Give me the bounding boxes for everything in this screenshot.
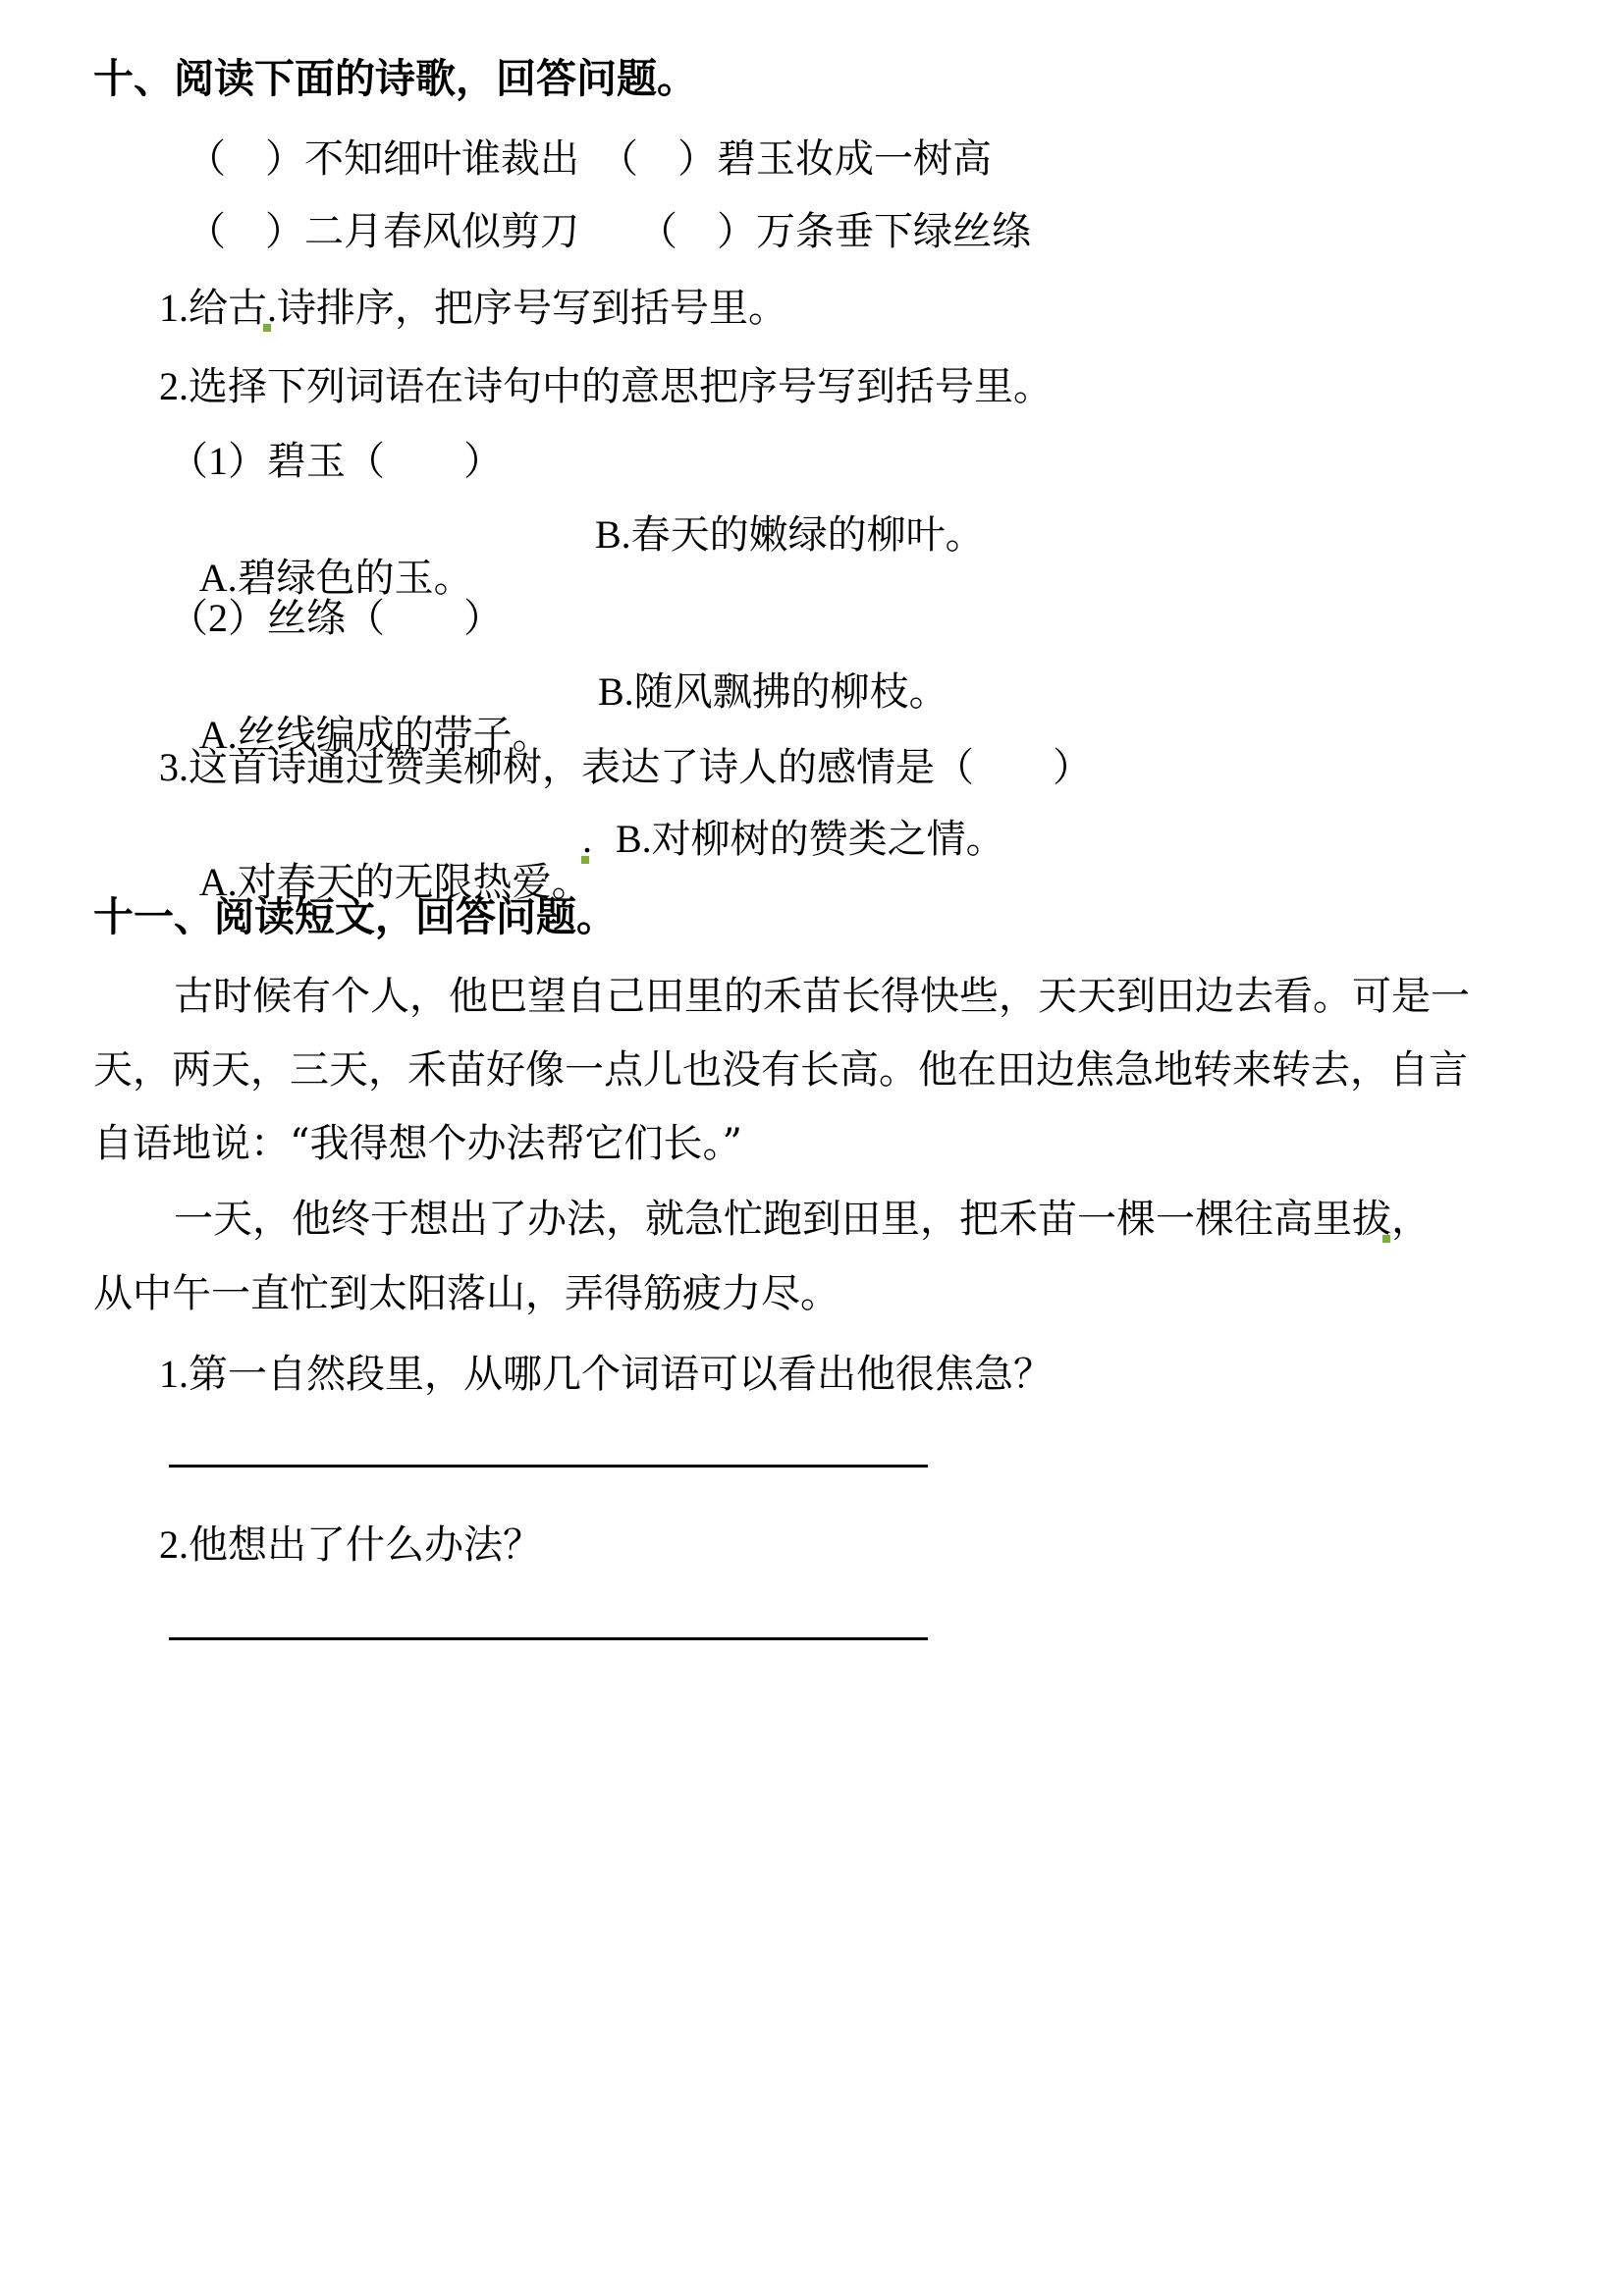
passage-line-2: 天，两天，三天，禾苗好像一点儿也没有长高。他在田边焦急地转来转去，自言 (93, 1048, 1468, 1092)
question-3-poem-feeling: 3.这首诗通过赞美柳树，表达了诗人的感情是（ ） (159, 746, 1092, 789)
answer-blank-line-1 (169, 1465, 928, 1468)
question-3-option-b: B.对柳树的赞类之情。 (616, 818, 1005, 861)
sub-question-1-option-a: A.碧绿色的玉。 (199, 556, 473, 600)
proofing-mark (581, 856, 589, 864)
sub-question-1-label: （1）碧玉（ ） (169, 440, 503, 483)
stray-dot: . (582, 818, 592, 861)
section-ten-heading: 十、阅读下面的诗歌，回答问题。 (93, 57, 697, 101)
passage-line-1: 古时候有个人，他巴望自己田里的禾苗长得快些，天天到田边去看。可是一 (174, 975, 1470, 1018)
section-eleven-heading: 十一、阅读短文，回答问题。 (93, 895, 617, 939)
worksheet-page: 十、阅读下面的诗歌，回答问题。 （ ）不知细叶谁裁出 （ ）碧玉妆成一树高 （ … (0, 0, 1624, 2296)
sub-question-1-option-b: B.春天的嫩绿的柳叶。 (595, 513, 985, 557)
passage-question-2: 2.他想出了什么办法？ (159, 1523, 542, 1567)
passage-line-3: 自语地说：“我得想个办法帮它们长。” (93, 1122, 742, 1165)
proofing-mark (263, 324, 271, 332)
sub-question-2-label: （2）丝绦（ ） (169, 597, 503, 640)
poem-line-2: （ ）二月春风似剪刀 （ ）万条垂下绿丝绦 (187, 210, 1031, 253)
sub-question-2-option-b: B.随风飘拂的柳枝。 (598, 670, 948, 714)
proofing-mark (1382, 1235, 1390, 1243)
question-2-choose-meaning: 2.选择下列词语在诗句中的意思把序号写到括号里。 (159, 365, 1053, 408)
question-1-order-poem: 1.给古.诗排序，把序号写到括号里。 (159, 287, 787, 330)
passage-question-1: 1.第一自然段里，从哪几个词语可以看出他很焦急？ (159, 1353, 1053, 1396)
passage-line-4: 一天，他终于想出了办法，就急忙跑到田里，把禾苗一棵一棵往高里拔， (174, 1198, 1431, 1241)
poem-line-1: （ ）不知细叶谁裁出 （ ）碧玉妆成一树高 (187, 137, 992, 181)
passage-line-5: 从中午一直忙到太阳落山，弄得筋疲力尽。 (93, 1272, 839, 1315)
answer-blank-line-2 (169, 1637, 928, 1640)
